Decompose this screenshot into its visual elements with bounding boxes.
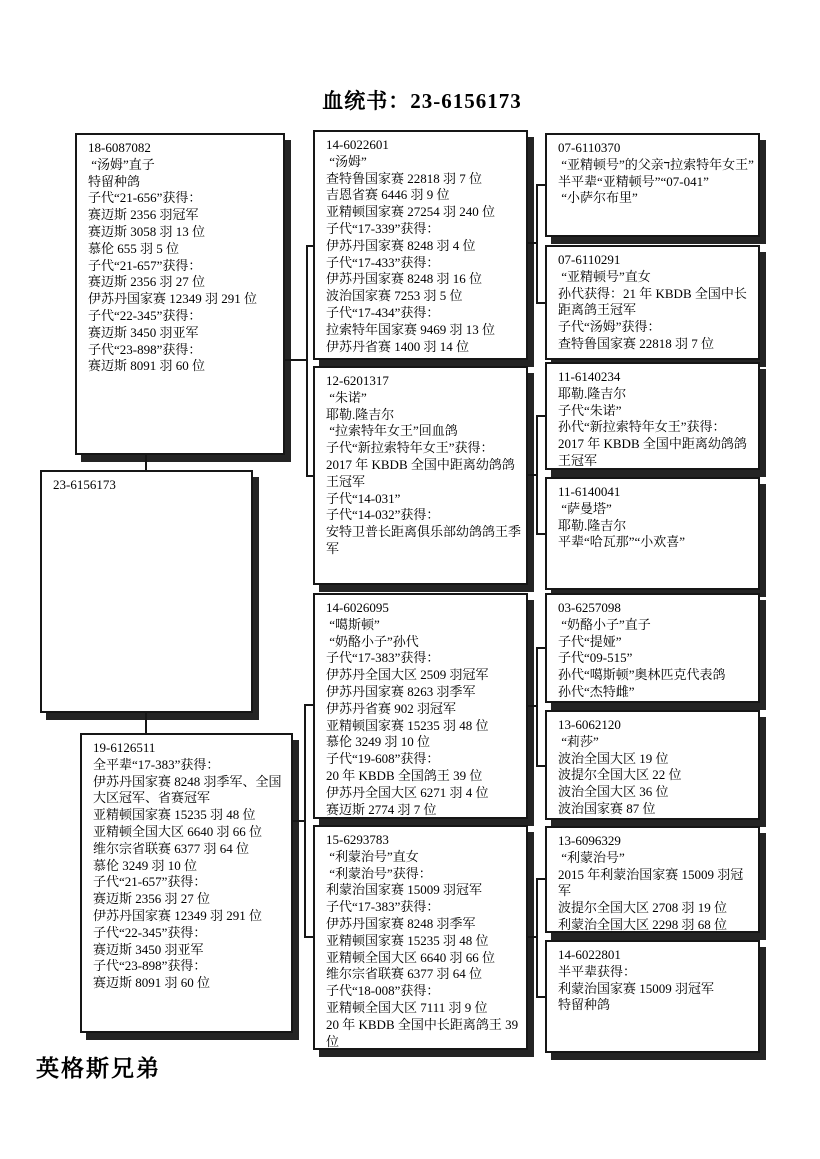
text-line: 伊苏丹国家赛 8248 羽季军 [326,916,522,933]
text-line: “汤姆” [326,154,522,171]
text-line: 波提尔全国大区 2708 羽 19 位 [558,900,754,917]
connector-stub [526,474,538,476]
pedigree-box-14-6022801: 14-6022801半平辈获得：利蒙治国家赛 15009 羽冠军特留种鸽 [545,940,760,1053]
text-line: 伊苏丹国家赛 8248 羽 16 位 [326,271,522,288]
text-line: 亚精顿全国大区 6640 羽 66 位 [93,824,287,841]
text-line: 子代“23-898”获得： [93,958,287,975]
text-line: 慕伦 655 羽 5 位 [88,241,279,258]
text-line: 波治全国大区 36 位 [558,784,754,801]
text-line: 14-6022801 [558,947,754,964]
text-line: 波治国家赛 87 位 [558,801,754,818]
text-line: “亚精顿号”直女 [558,269,754,286]
text-line: 子代“17-383”获得： [326,650,522,667]
text-line: 13-6096329 [558,833,754,850]
pedigree-box-15-6293783: 15-6293783 “利蒙治号”直女 “利蒙治号”获得：利蒙治国家赛 1500… [313,825,528,1050]
text-line: “利蒙治号” [558,850,754,867]
text-line: 亚精顿国家赛 15235 羽 48 位 [326,933,522,950]
connector-stub [526,705,538,707]
connector-stub [306,245,315,247]
text-line: 赛迈斯 3450 羽亚军 [93,942,287,959]
text-line: 11-6140234 [558,369,754,386]
text-line: 孙代“噶斯顿”奥林匹克代表鸽 [558,667,754,684]
connector-stub [536,996,547,998]
text-line: 子代“14-031” [326,491,522,508]
text-line: 赛迈斯 2774 羽 7 位 [326,802,522,819]
text-line: 维尔宗省联赛 6377 羽 64 位 [93,841,287,858]
connector-stub [536,302,547,304]
loft-name: 英格斯兄弟 [36,1050,161,1083]
text-line: 耶勒.隆吉尔 [558,518,754,535]
pedigree-box-18-6087082: 18-6087082 “汤姆”直子特留种鸽子代“21-656”获得：赛迈斯 23… [75,133,285,455]
connector-stub [304,704,315,706]
text-line: 赛迈斯 2356 羽 27 位 [88,274,279,291]
connector-stub [536,765,547,767]
pedigree-box-12-6201317: 12-6201317 “朱诺”耶勒.隆吉尔 “拉索特年女王”回血鸽子代“新拉索特… [313,366,528,585]
text-line: 15-6293783 [326,832,522,849]
connector-stub [526,936,538,938]
text-line: 子代“17-433”获得： [326,255,522,272]
text-line: “朱诺” [326,390,522,407]
text-line: 孙代“杰特雌” [558,684,754,701]
text-line: 耶勒.隆吉尔 [558,386,754,403]
connector-bracket [536,647,538,767]
text-line: “利蒙治号”获得： [326,866,522,883]
text-line: 07-6110291 [558,252,754,269]
text-line: “亚精顿号”的父亲ד拉索特年女王” [558,157,754,174]
text-line: 伊苏丹全国大区 2509 羽冠军 [326,667,522,684]
text-line: 半平辈获得： [558,964,754,981]
connector-subject-to-dam [145,711,147,734]
text-line: 14-6022601 [326,137,522,154]
text-line: 伊苏丹全国大区 6271 羽 4 位 [326,785,522,802]
pedigree-box-11-6140234: 11-6140234耶勒.隆吉尔子代“朱诺”孙代“新拉索特年女王”获得：2017… [545,362,760,470]
text-line: 子代“21-657”获得： [88,258,279,275]
text-line: 2015 年利蒙治国家赛 15009 羽冠军 [558,867,754,901]
text-line: 伊苏丹国家赛 12349 羽 291 位 [88,291,279,308]
text-line: 子代“18-008”获得： [326,983,522,1000]
text-line: 20 年 KBDB 全国鸽王 39 位 [326,768,522,785]
connector-stub [304,936,315,938]
text-line: “莉莎” [558,734,754,751]
text-line: 全平辈“17-383”获得： [93,757,287,774]
pedigree-box-19-6126511: 19-6126511全平辈“17-383”获得：伊苏丹国家赛 8248 羽季军、… [80,733,293,1033]
connector-bracket-sire [306,245,308,477]
connector-bracket [536,184,538,304]
text-line: 利蒙治国家赛 15009 羽冠军 [326,882,522,899]
text-line: 子代“22-345”获得： [88,308,279,325]
text-line: 亚精顿国家赛 27254 羽 240 位 [326,204,522,221]
pedigree-box-14-6026095: 14-6026095 “噶斯顿” “奶酪小子”孙代子代“17-383”获得：伊苏… [313,593,528,819]
text-line: 耶勒.隆吉尔 [326,407,522,424]
text-line: 特留种鸽 [88,174,279,191]
pedigree-box-13-6062120: 13-6062120 “莉莎”波治全国大区 19 位波提尔全国大区 22 位波治… [545,710,760,820]
connector-stub [536,415,547,417]
text-line: “奶酪小子”孙代 [326,634,522,651]
page-title: 血统书：23-6156173 [0,85,820,115]
connector-stub [536,647,547,649]
text-line: 子代“17-434”获得： [326,305,522,322]
text-line: 子代“21-656”获得： [88,190,279,207]
text-line: 赛迈斯 8091 羽 60 位 [88,358,279,375]
text-line: “萨曼塔” [558,501,754,518]
pedigree-box-23-6156173: 23-6156173 [40,470,253,713]
connector-bracket [536,878,538,998]
text-line: 子代“朱诺” [558,403,754,420]
text-line: 14-6026095 [326,600,522,617]
connector-sire-to-subject [145,455,147,472]
text-line: 子代“17-339”获得： [326,221,522,238]
connector-stub [526,242,538,244]
text-line: 伊苏丹省赛 1400 羽 14 位 [326,339,522,356]
text-line: 安特卫普长距离俱乐部幼鸽鸽王季军 [326,524,522,558]
text-line: “小萨尔布里” [558,190,754,207]
connector-stub [536,878,547,880]
text-line: 亚精顿全国大区 6640 羽 66 位 [326,950,522,967]
text-line: 子代“23-898”获得： [88,342,279,359]
text-line: 18-6087082 [88,140,279,157]
text-line: 2017 年 KBDB 全国中距离幼鸽鸽王冠军 [558,436,754,470]
pedigree-certificate-page: 血统书：23-6156173 18-6087082 “汤姆”直子特留种鸽子代“2… [0,0,820,1159]
text-line: 拉索特年国家赛 9469 羽 13 位 [326,322,522,339]
text-line: 亚精顿国家赛 15235 羽 48 位 [326,718,522,735]
pedigree-box-14-6022601: 14-6022601 “汤姆”查特鲁国家赛 22818 羽 7 位吉恩省赛 64… [313,130,528,360]
text-line: “拉索特年女王”回血鸽 [326,423,522,440]
text-line: 03-6257098 [558,600,754,617]
text-line: 伊苏丹国家赛 8263 羽季军 [326,684,522,701]
text-line: 波治国家赛 7253 羽 5 位 [326,288,522,305]
text-line: 2017 年 KBDB 全国中距离幼鸽鸽王冠军 [326,457,522,491]
text-line: 查特鲁国家赛 22818 羽 7 位 [326,171,522,188]
text-line: 13-6062120 [558,717,754,734]
text-line: 赛迈斯 2356 羽 27 位 [93,891,287,908]
text-line: “噶斯顿” [326,617,522,634]
text-line: 维尔宗省联赛 6377 羽 64 位 [326,966,522,983]
text-line: 子代“17-383”获得： [326,899,522,916]
pedigree-box-07-6110370: 07-6110370 “亚精顿号”的父亲ד拉索特年女王”半平辈“亚精顿号”“07… [545,133,760,237]
text-line: 12-6201317 [326,373,522,390]
text-line: 利蒙治全国大区 2298 羽 68 位 [558,917,754,934]
pedigree-box-03-6257098: 03-6257098 “奶酪小子”直子子代“提娅”子代“09-515”孙代“噶斯… [545,593,760,703]
text-line: 伊苏丹省赛 902 羽冠军 [326,701,522,718]
text-line: 子代“新拉索特年女王”获得： [326,440,522,457]
text-line: “利蒙治号”直女 [326,849,522,866]
text-line: 特留种鸽 [558,997,754,1014]
text-line: 子代“提娅” [558,634,754,651]
text-line: 赛迈斯 2356 羽冠军 [88,207,279,224]
text-line: 23-6156173 [53,477,247,494]
text-line: 20 年 KBDB 全国中长距离鸽王 39 位 [326,1017,522,1051]
text-line: 07-6110370 [558,140,754,157]
text-line: 慕伦 3249 羽 10 位 [93,858,287,875]
connector-stub [291,820,306,822]
text-line: “奶酪小子”直子 [558,617,754,634]
text-line: 慕伦 3249 羽 10 位 [326,734,522,751]
text-line: 半平辈“亚精顿号”“07-041” [558,174,754,191]
text-line: 子代“汤姆”获得： [558,319,754,336]
text-line: 亚精顿国家赛 15235 羽 48 位 [93,807,287,824]
text-line: 平辈“哈瓦那”“小欢喜” [558,534,754,551]
text-line: 利蒙治国家赛 15009 羽冠军 [558,981,754,998]
pedigree-box-07-6110291: 07-6110291 “亚精顿号”直女孙代获得：21 年 KBDB 全国中长距离… [545,245,760,360]
connector-stub [306,475,315,477]
text-line: 子代“14-032”获得： [326,507,522,524]
text-line: 孙代“新拉索特年女王”获得： [558,419,754,436]
text-line: 查特鲁国家赛 22818 羽 7 位 [558,336,754,353]
pedigree-box-13-6096329: 13-6096329 “利蒙治号”2015 年利蒙治国家赛 15009 羽冠军波… [545,826,760,933]
text-line: 亚精顿全国大区 7111 羽 9 位 [326,1000,522,1017]
text-line: 孙代获得：21 年 KBDB 全国中长距离鸽王冠军 [558,286,754,320]
connector-stub [536,533,547,535]
text-line: 伊苏丹国家赛 8248 羽季军、全国大区冠军、省赛冠军 [93,774,287,808]
connector-stub [536,184,547,186]
text-line: 赛迈斯 3450 羽亚军 [88,325,279,342]
text-line: 赛迈斯 8091 羽 60 位 [93,975,287,992]
text-line: “汤姆”直子 [88,157,279,174]
text-line: 伊苏丹国家赛 12349 羽 291 位 [93,908,287,925]
text-line: 子代“09-515” [558,650,754,667]
pedigree-box-11-6140041: 11-6140041 “萨曼塔”耶勒.隆吉尔平辈“哈瓦那”“小欢喜” [545,477,760,590]
text-line: 波治全国大区 19 位 [558,751,754,768]
text-line: 子代“22-345”获得： [93,925,287,942]
connector-stub [285,359,308,361]
text-line: 赛迈斯 3058 羽 13 位 [88,224,279,241]
text-line: 子代“21-657”获得： [93,874,287,891]
text-line: 11-6140041 [558,484,754,501]
text-line: 19-6126511 [93,740,287,757]
text-line: 波提尔全国大区 22 位 [558,767,754,784]
text-line: 子代“19-608”获得： [326,751,522,768]
text-line: 伊苏丹国家赛 8248 羽 4 位 [326,238,522,255]
text-line: 吉恩省赛 6446 羽 9 位 [326,187,522,204]
